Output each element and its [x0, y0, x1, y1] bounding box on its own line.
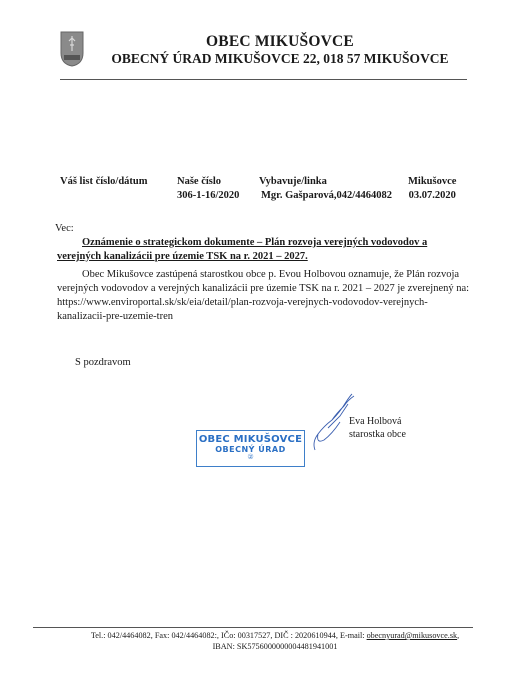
- enviroportal-link[interactable]: https://www.enviroportal.sk/sk/eia/detai…: [57, 296, 477, 310]
- subject-label: Vec:: [55, 223, 74, 234]
- body-line-2: verejných vodovodov a verejných kanalizá…: [57, 282, 477, 296]
- your-letter-label: Váš list číslo/dátum: [60, 175, 148, 189]
- signer-name: Eva Holbová: [349, 415, 406, 428]
- footer-iban: IBAN: SK5756000000004481941001: [30, 641, 520, 652]
- signer: Eva Holbová starostka obce: [349, 415, 406, 441]
- handled-by-value: Mgr. Gašparová,042/4464082: [259, 189, 392, 203]
- your-letter-block: Váš list číslo/dátum: [60, 175, 148, 189]
- our-number-label: Naše číslo: [177, 175, 239, 189]
- footer-divider: [33, 627, 473, 628]
- place-date-block: Mikušovce 03.07.2020: [408, 175, 456, 203]
- signer-role: starostka obce: [349, 428, 406, 441]
- header-divider: [60, 79, 467, 80]
- footer-punct: ,: [457, 631, 459, 640]
- stamp-number: ②: [197, 453, 304, 461]
- official-stamp: OBEC MIKUŠOVCE OBECNÝ ÚRAD ②: [196, 430, 305, 467]
- our-number-block: Naše číslo 306-1-16/2020: [177, 175, 239, 203]
- footer-contact: Tel.: 042/4464082, Fax: 042/4464082:, IČ…: [91, 631, 367, 640]
- footer: Tel.: 042/4464082, Fax: 042/4464082:, IČ…: [0, 630, 520, 652]
- subject-line-2: verejných kanalizácii pre územie TSK na …: [57, 250, 457, 264]
- office-address: OBECNÝ ÚRAD MIKUŠOVCE 22, 018 57 MIKUŠOV…: [0, 51, 520, 67]
- body-line-1: Obec Mikušovce zastúpená starostkou obce…: [82, 269, 459, 280]
- subject: Oznámenie o strategickom dokumente – Plá…: [57, 236, 457, 264]
- enviroportal-link-cont[interactable]: kanalizacii-pre-uzemie-tren: [57, 310, 477, 324]
- footer-email-link[interactable]: obecnyurad@mikusovce.sk: [367, 631, 458, 640]
- handled-by-block: Vybavuje/linka Mgr. Gašparová,042/446408…: [259, 175, 392, 203]
- subject-line-1: Oznámenie o strategickom dokumente – Plá…: [57, 236, 457, 250]
- place-label: Mikušovce: [408, 175, 456, 189]
- date-value: 03.07.2020: [408, 189, 456, 203]
- handled-by-label: Vybavuje/linka: [259, 175, 392, 189]
- greeting: S pozdravom: [75, 357, 131, 368]
- municipality-title: OBEC MIKUŠOVCE: [0, 33, 520, 51]
- letter-body: Obec Mikušovce zastúpená starostkou obce…: [57, 268, 477, 324]
- our-number-value: 306-1-16/2020: [177, 189, 239, 203]
- stamp-line-1: OBEC MIKUŠOVCE: [197, 434, 304, 445]
